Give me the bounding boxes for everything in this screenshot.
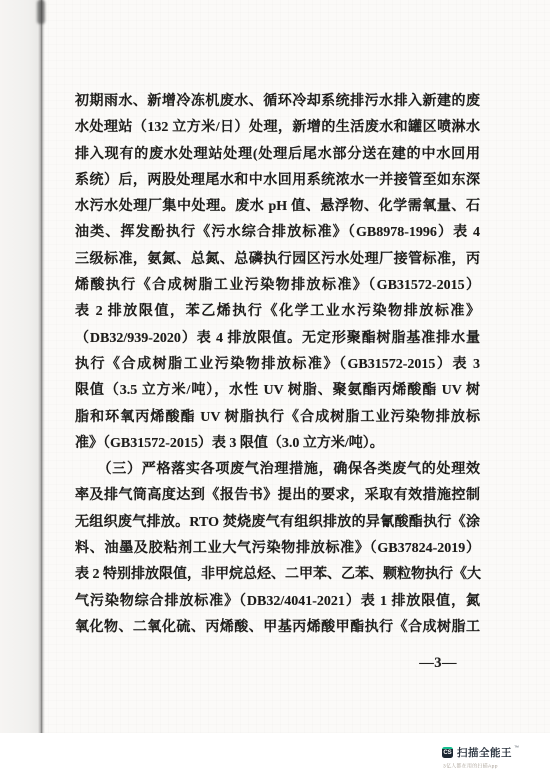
- body-line: 料、油墨及胶粘剂工业大气污染物排放标准》（GB37824-2019）: [75, 536, 480, 562]
- trademark-symbol: ™: [514, 745, 519, 751]
- body-line: 表 2 排放限值，苯乙烯执行《化学工业水污染物排放标准》: [75, 299, 480, 325]
- body-line: 执行《合成树脂工业污染物排放标准》（GB31572-2015）表 3: [75, 352, 480, 378]
- camscanner-watermark: CS 扫描全能王 ™ 3亿人都在用的扫描App: [442, 745, 519, 771]
- body-line: 烯酸执行《合成树脂工业污染物排放标准》（GB31572-2015）: [75, 273, 480, 299]
- watermark-row: CS 扫描全能王 ™: [442, 745, 519, 760]
- body-line: 系统）后，两股处理尾水和中水回用系统浓水一并接管至如东深: [75, 168, 480, 194]
- body-line: 无组织废气排放。RTO 焚烧废气有组织排放的异氰酸酯执行《涂: [75, 510, 480, 536]
- body-line: 表 2 特别排放限值，非甲烷总烃、二甲苯、乙苯、颗粒物执行《大: [75, 562, 480, 588]
- body-line: 初期雨水、新增冷冻机废水、循环冷却系统排污水排入新建的废: [75, 89, 480, 115]
- body-line: 水处理站（132 立方米/日）处理，新增的生活废水和罐区喷淋水: [75, 115, 480, 141]
- body-line: 氧化物、二氧化硫、丙烯酸、甲基丙烯酸甲酯执行《合成树脂工: [75, 615, 480, 641]
- page-fold-shadow: [38, 0, 45, 733]
- scan-paper-background: 初期雨水、新增冷冻机废水、循环冷却系统排污水排入新建的废 水处理站（132 立方…: [0, 0, 550, 733]
- body-line: 水污水处理厂集中处理。废水 pH 值、悬浮物、化学需氧量、石: [75, 194, 480, 220]
- scanned-document-page: 初期雨水、新增冷冻机废水、循环冷却系统排污水排入新建的废 水处理站（132 立方…: [0, 0, 550, 782]
- camscanner-logo-icon: CS: [442, 747, 453, 758]
- page-fold-top-smudge: [37, 0, 45, 24]
- body-line: 气污染物综合排放标准》（DB32/4041-2021）表 1 排放限值，氮: [75, 589, 480, 615]
- body-line: （三）严格落实各项废气治理措施，确保各类废气的处理效: [75, 457, 480, 483]
- document-body: 初期雨水、新增冷冻机废水、循环冷却系统排污水排入新建的废 水处理站（132 立方…: [75, 89, 480, 672]
- body-line: 三级标准，氨氮、总氮、总磷执行园区污水处理厂接管标准，丙: [75, 247, 480, 273]
- scan-left-gutter: [0, 0, 40, 733]
- body-line: 排入现有的废水处理站处理(处理后尾水部分送在建的中水回用: [75, 142, 480, 168]
- body-line: 限值（3.5 立方米/吨），水性 UV 树脂、聚氨酯丙烯酸酯 UV 树: [75, 378, 480, 404]
- watermark-tagline: 3亿人都在用的扫描App: [443, 762, 505, 769]
- watermark-app-name: 扫描全能王: [457, 745, 512, 760]
- page-number: —3—: [75, 650, 480, 672]
- app-bottom-bar: CS 扫描全能王 ™ 3亿人都在用的扫描App: [0, 733, 550, 782]
- body-line: 准》（GB31572-2015）表 3 限值（3.0 立方米/吨）。: [75, 431, 480, 457]
- body-line: （DB32/939-2020）表 4 排放限值。无定形聚酯树脂基准排水量: [75, 326, 480, 352]
- body-line: 脂和环氧丙烯酸酯 UV 树脂执行《合成树脂工业污染物排放标: [75, 405, 480, 431]
- body-line: 率及排气筒高度达到《报告书》提出的要求，采取有效措施控制: [75, 483, 480, 509]
- body-line: 油类、挥发酚执行《污水综合排放标准》（GB8978-1996）表 4: [75, 220, 480, 246]
